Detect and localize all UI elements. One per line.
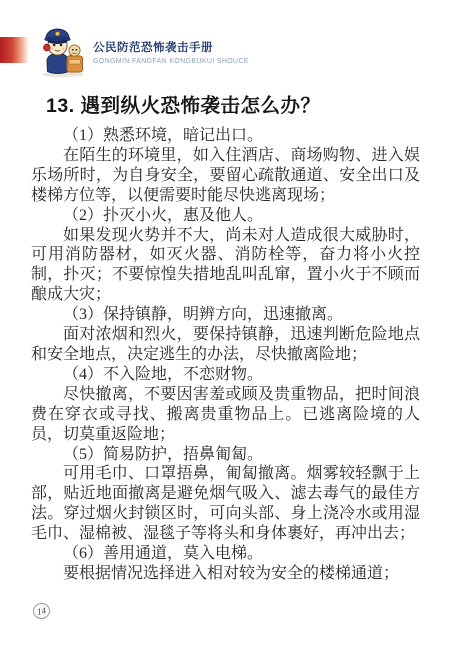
instruction-label: （6）善用通道，莫入电梯。 <box>31 544 420 564</box>
instruction-label: （3）保持镇静，明辨方向，迅速撤离。 <box>31 305 420 325</box>
handbook-title: 公民防范恐怖袭击手册 <box>93 39 249 55</box>
police-mascot-icon <box>36 25 88 79</box>
handbook-page: 公民防范恐怖袭击手册 GONGMIN FANGFAN KONGBUKUI SHO… <box>0 0 450 658</box>
instruction-body: 可用毛巾、口罩捂鼻，匍匐撤离。烟雾较轻飘于上部，贴近地面撤离是避免烟气吸入、滤去… <box>31 464 420 544</box>
instruction-item: （4）不入险地，不恋财物。 尽快撤离，不要因害羞或顾及贵重物品，把时间浪费在穿衣… <box>31 365 420 445</box>
instruction-body: 要根据情况选择进入相对较为安全的楼梯通道； <box>31 564 420 584</box>
handbook-brand: 公民防范恐怖袭击手册 GONGMIN FANGFAN KONGBUKUI SHO… <box>93 39 249 65</box>
section-content: （1）熟悉环境，暗记出口。 在陌生的环境里，如入住酒店、商场购物、进入娱乐场所时… <box>31 126 420 584</box>
instruction-body: 面对浓烟和烈火，要保持镇静，迅速判断危险地点和安全地点，决定逃生的办法，尽快撤离… <box>31 325 420 365</box>
instruction-body: 尽快撤离，不要因害羞或顾及贵重物品，把时间浪费在穿衣或寻找、搬离贵重物品上。已逃… <box>31 385 420 445</box>
instruction-body: 在陌生的环境里，如入住酒店、商场购物、进入娱乐场所时，为自身安全，要留心疏散通道… <box>31 146 420 206</box>
instruction-item: （3）保持镇静，明辨方向，迅速撤离。 面对浓烟和烈火，要保持镇静，迅速判断危险地… <box>31 305 420 365</box>
instruction-label: （2）扑灭小火，惠及他人。 <box>31 206 420 226</box>
instruction-item: （2）扑灭小火，惠及他人。 如果发现火势并不大，尚未对人造成很大威胁时，可用消防… <box>31 206 420 306</box>
instruction-label: （1）熟悉环境，暗记出口。 <box>31 126 420 146</box>
instruction-item: （6）善用通道，莫入电梯。 要根据情况选择进入相对较为安全的楼梯通道； <box>31 544 420 584</box>
instruction-label: （4）不入险地，不恋财物。 <box>31 365 420 385</box>
section-heading: 13. 遇到纵火恐怖袭击怎么办？ <box>46 90 321 118</box>
header-accent-bar <box>0 37 29 63</box>
instruction-body: 如果发现火势并不大，尚未对人造成很大威胁时，可用消防器材，如灭火器、消防栓等，奋… <box>31 226 420 306</box>
page-number-badge: 14 <box>32 602 52 621</box>
instruction-label: （5）简易防护，捂鼻匍匐。 <box>31 445 420 465</box>
page-number: 14 <box>36 606 46 616</box>
instruction-item: （5）简易防护，捂鼻匍匐。 可用毛巾、口罩捂鼻，匍匐撤离。烟雾较轻飘于上部，贴近… <box>31 445 420 545</box>
instruction-item: （1）熟悉环境，暗记出口。 在陌生的环境里，如入住酒店、商场购物、进入娱乐场所时… <box>31 126 420 206</box>
handbook-subtitle-pinyin: GONGMIN FANGFAN KONGBUKUI SHOUCE <box>93 58 249 65</box>
